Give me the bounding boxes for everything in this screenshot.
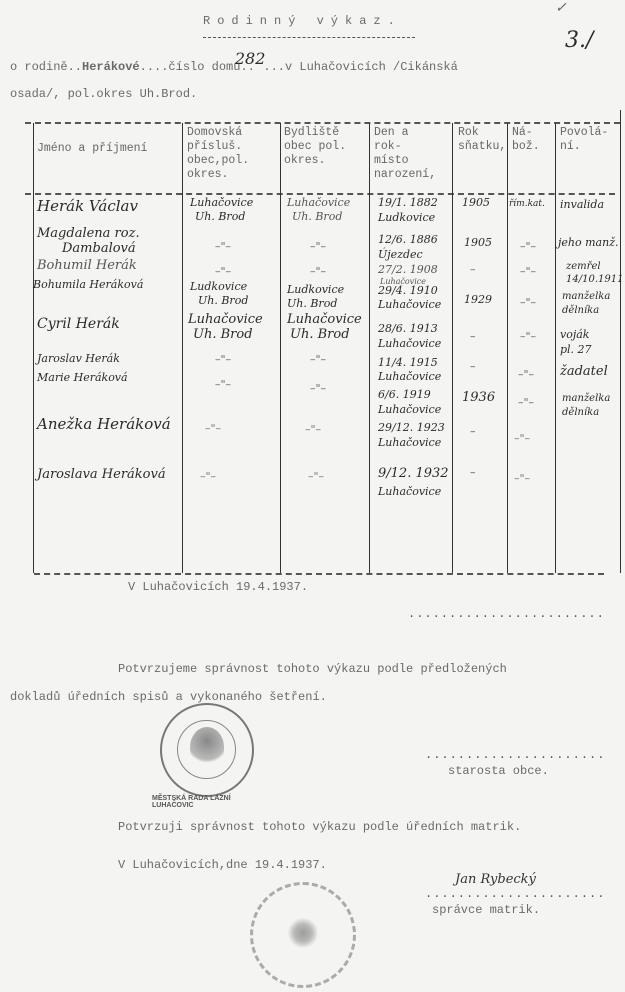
marriage-year: –: [470, 263, 476, 276]
occupation: manželka: [562, 392, 610, 405]
person-name: Jaroslav Herák: [37, 352, 120, 365]
table-bottom-border: [34, 573, 604, 575]
intro-prefix: o rodině..: [10, 60, 82, 74]
domicile: Ludkovice: [190, 280, 247, 293]
residence: –"–: [308, 470, 324, 483]
municipal-seal: MĚSTSKÁ RADA LÁZNÍ LUHAČOVIC: [160, 703, 254, 797]
header-residence: Bydliště obec pol. okres.: [284, 126, 346, 168]
residence: –"–: [310, 240, 326, 253]
occupation: voják: [560, 328, 589, 341]
col-border: [280, 123, 281, 573]
birth-place: Luhačovice: [378, 485, 441, 498]
header-domicile: Domovská přísluš. obec,pol. okres.: [187, 126, 249, 182]
religion: –"–: [520, 296, 536, 309]
confirmation-1-line-2: dokladů úředních spisů a vykonaného šetř…: [10, 690, 327, 704]
residence: Ludkovice: [287, 283, 344, 296]
person-name: Bohumila Heráková: [33, 278, 143, 291]
col-border: [555, 123, 556, 573]
marriage-year: –: [470, 466, 476, 479]
domicile: –"–: [215, 240, 231, 253]
birth-place: Luhačovice: [378, 298, 441, 311]
birth-place: Luhačovice: [378, 337, 441, 350]
birth-place: Luhačovice: [378, 436, 441, 449]
domicile: Luhačovice: [190, 196, 253, 209]
occupation-detail: dělníka: [562, 304, 599, 317]
place-date-1: V Luhačovicích 19.4.1937.: [128, 580, 308, 594]
religion: –"–: [514, 472, 530, 485]
domicile: –"–: [205, 422, 221, 435]
birth-date: 28/6. 1913: [378, 322, 438, 335]
signature-line-3: ......................: [425, 887, 605, 901]
religion: –"–: [514, 432, 530, 445]
marriage-year: 1905: [462, 196, 490, 209]
religion: –"–: [518, 396, 534, 409]
signature-line-2: ......................: [425, 748, 605, 762]
domicile-district: Uh. Brod: [193, 328, 253, 341]
birth-place: Luhačovice: [378, 370, 441, 383]
header-religion: Ná- bož.: [512, 126, 540, 154]
signature-line-1: ........................: [408, 607, 605, 621]
col-border: [182, 123, 183, 573]
occupation: zemřel: [566, 260, 601, 273]
person-name: Bohumil Herák: [37, 259, 137, 272]
intro-line-2: osada/, pol.okres Uh.Brod.: [10, 87, 197, 101]
domicile-district: Uh. Brod: [195, 210, 245, 223]
header-bottom-border: [25, 193, 615, 195]
col-border: [33, 123, 34, 573]
col-border: [507, 123, 508, 573]
residence-district: Uh. Brod: [287, 297, 337, 310]
residence-district: Uh. Brod: [292, 210, 342, 223]
place-date-2: V Luhačovicích,dne 19.4.1937.: [118, 858, 327, 872]
marriage-year: –: [470, 330, 476, 343]
person-name: Herák Václav: [37, 200, 138, 213]
person-name: Jaroslava Heráková: [37, 468, 166, 481]
occupation-detail: dělníka: [562, 406, 599, 419]
domicile: –"–: [215, 265, 231, 278]
birth-date: 9/12. 1932: [378, 467, 449, 480]
residence: –"–: [310, 353, 326, 366]
religion: –"–: [520, 240, 536, 253]
header-name: Jméno a příjmení: [37, 142, 147, 156]
residence: –"–: [305, 423, 321, 436]
person-name: Anežka Heráková: [37, 418, 171, 431]
col-border: [620, 110, 621, 573]
birth-date: 19/1. 1882: [378, 196, 438, 209]
birth-date: 12/6. 1886: [378, 233, 438, 246]
residence: –"–: [310, 382, 326, 395]
domicile: –"–: [215, 353, 231, 366]
title-underline: [203, 37, 415, 38]
confirmation-1-line-1: Potvrzujeme správnost tohoto výkazu podl…: [118, 662, 507, 676]
seal-emblem-icon: [190, 727, 224, 767]
birth-date: 11/4. 1915: [378, 356, 438, 369]
person-name-maiden: Dambalová: [62, 242, 136, 255]
registry-stamp: [250, 882, 356, 988]
domicile: –"–: [200, 470, 216, 483]
occupation: žadatel: [560, 365, 608, 378]
col-border: [369, 123, 370, 573]
person-name: Marie Heráková: [37, 371, 128, 384]
birth-date: 6/6. 1919: [378, 388, 431, 401]
intro-suffix: ...v Luhačovicích /Cikánská: [263, 60, 457, 74]
person-name: Cyril Herák: [37, 318, 120, 331]
birth-place: Ludkovice: [378, 211, 435, 224]
residence-district: Uh. Brod: [290, 328, 350, 341]
birth-date: 29/4. 1910: [378, 284, 438, 297]
domicile: –"–: [215, 378, 231, 391]
house-number: 282: [235, 49, 266, 68]
occupation-detail: 14/10.1911: [566, 273, 623, 286]
occupation: manželka: [562, 290, 610, 303]
col-border: [452, 123, 453, 573]
religion: řím.kat.: [509, 198, 545, 211]
header-marriage: Rok sňatku,: [458, 126, 506, 154]
occupation: jeho manž.: [558, 236, 619, 249]
domicile: Luhačovice: [188, 313, 263, 326]
confirmation-2: Potvrzuji správnost tohoto výkazu podle …: [118, 820, 521, 834]
seal-text: MĚSTSKÁ RADA LÁZNÍ LUHAČOVIC: [152, 795, 252, 809]
person-name: Magdalena roz.: [37, 227, 140, 240]
birth-date: 29/12. 1923: [378, 421, 445, 434]
marriage-year: –: [470, 425, 476, 438]
religion: –"–: [518, 368, 534, 381]
residence: Luhačovice: [287, 313, 362, 326]
marriage-year: 1936: [462, 391, 495, 404]
family-name: Herákové: [82, 60, 140, 74]
intro-line-1: o rodině..Herákové....číslo domu..282...…: [10, 55, 458, 74]
religion: –"–: [520, 265, 536, 278]
check-mark: ✓: [555, 0, 567, 16]
mayor-label: starosta obce.: [448, 764, 549, 778]
stamp-emblem-icon: [288, 917, 318, 949]
table-top-border: [25, 122, 620, 124]
marriage-year: –: [470, 360, 476, 373]
domicile-district: Uh. Brod: [198, 294, 248, 307]
registrar-signature: Jan Rybecký: [455, 872, 536, 887]
religion: –"–: [520, 330, 536, 343]
header-birth: Den a rok- místo narození,: [374, 126, 436, 182]
document-title: Rodinný výkaz.: [203, 14, 402, 28]
residence: –"–: [310, 265, 326, 278]
marriage-year: 1905: [464, 236, 492, 249]
registrar-label: správce matrik.: [432, 903, 540, 917]
occupation: invalida: [560, 198, 604, 211]
page-number: 3./: [565, 28, 593, 53]
residence: Luhačovice: [287, 196, 350, 209]
marriage-year: 1929: [464, 293, 492, 306]
birth-place: Újezdec: [378, 248, 423, 261]
header-occupation: Povolá- ní.: [560, 126, 608, 154]
occupation-detail: pl. 27: [560, 343, 592, 356]
birth-place: Luhačovice: [378, 403, 441, 416]
